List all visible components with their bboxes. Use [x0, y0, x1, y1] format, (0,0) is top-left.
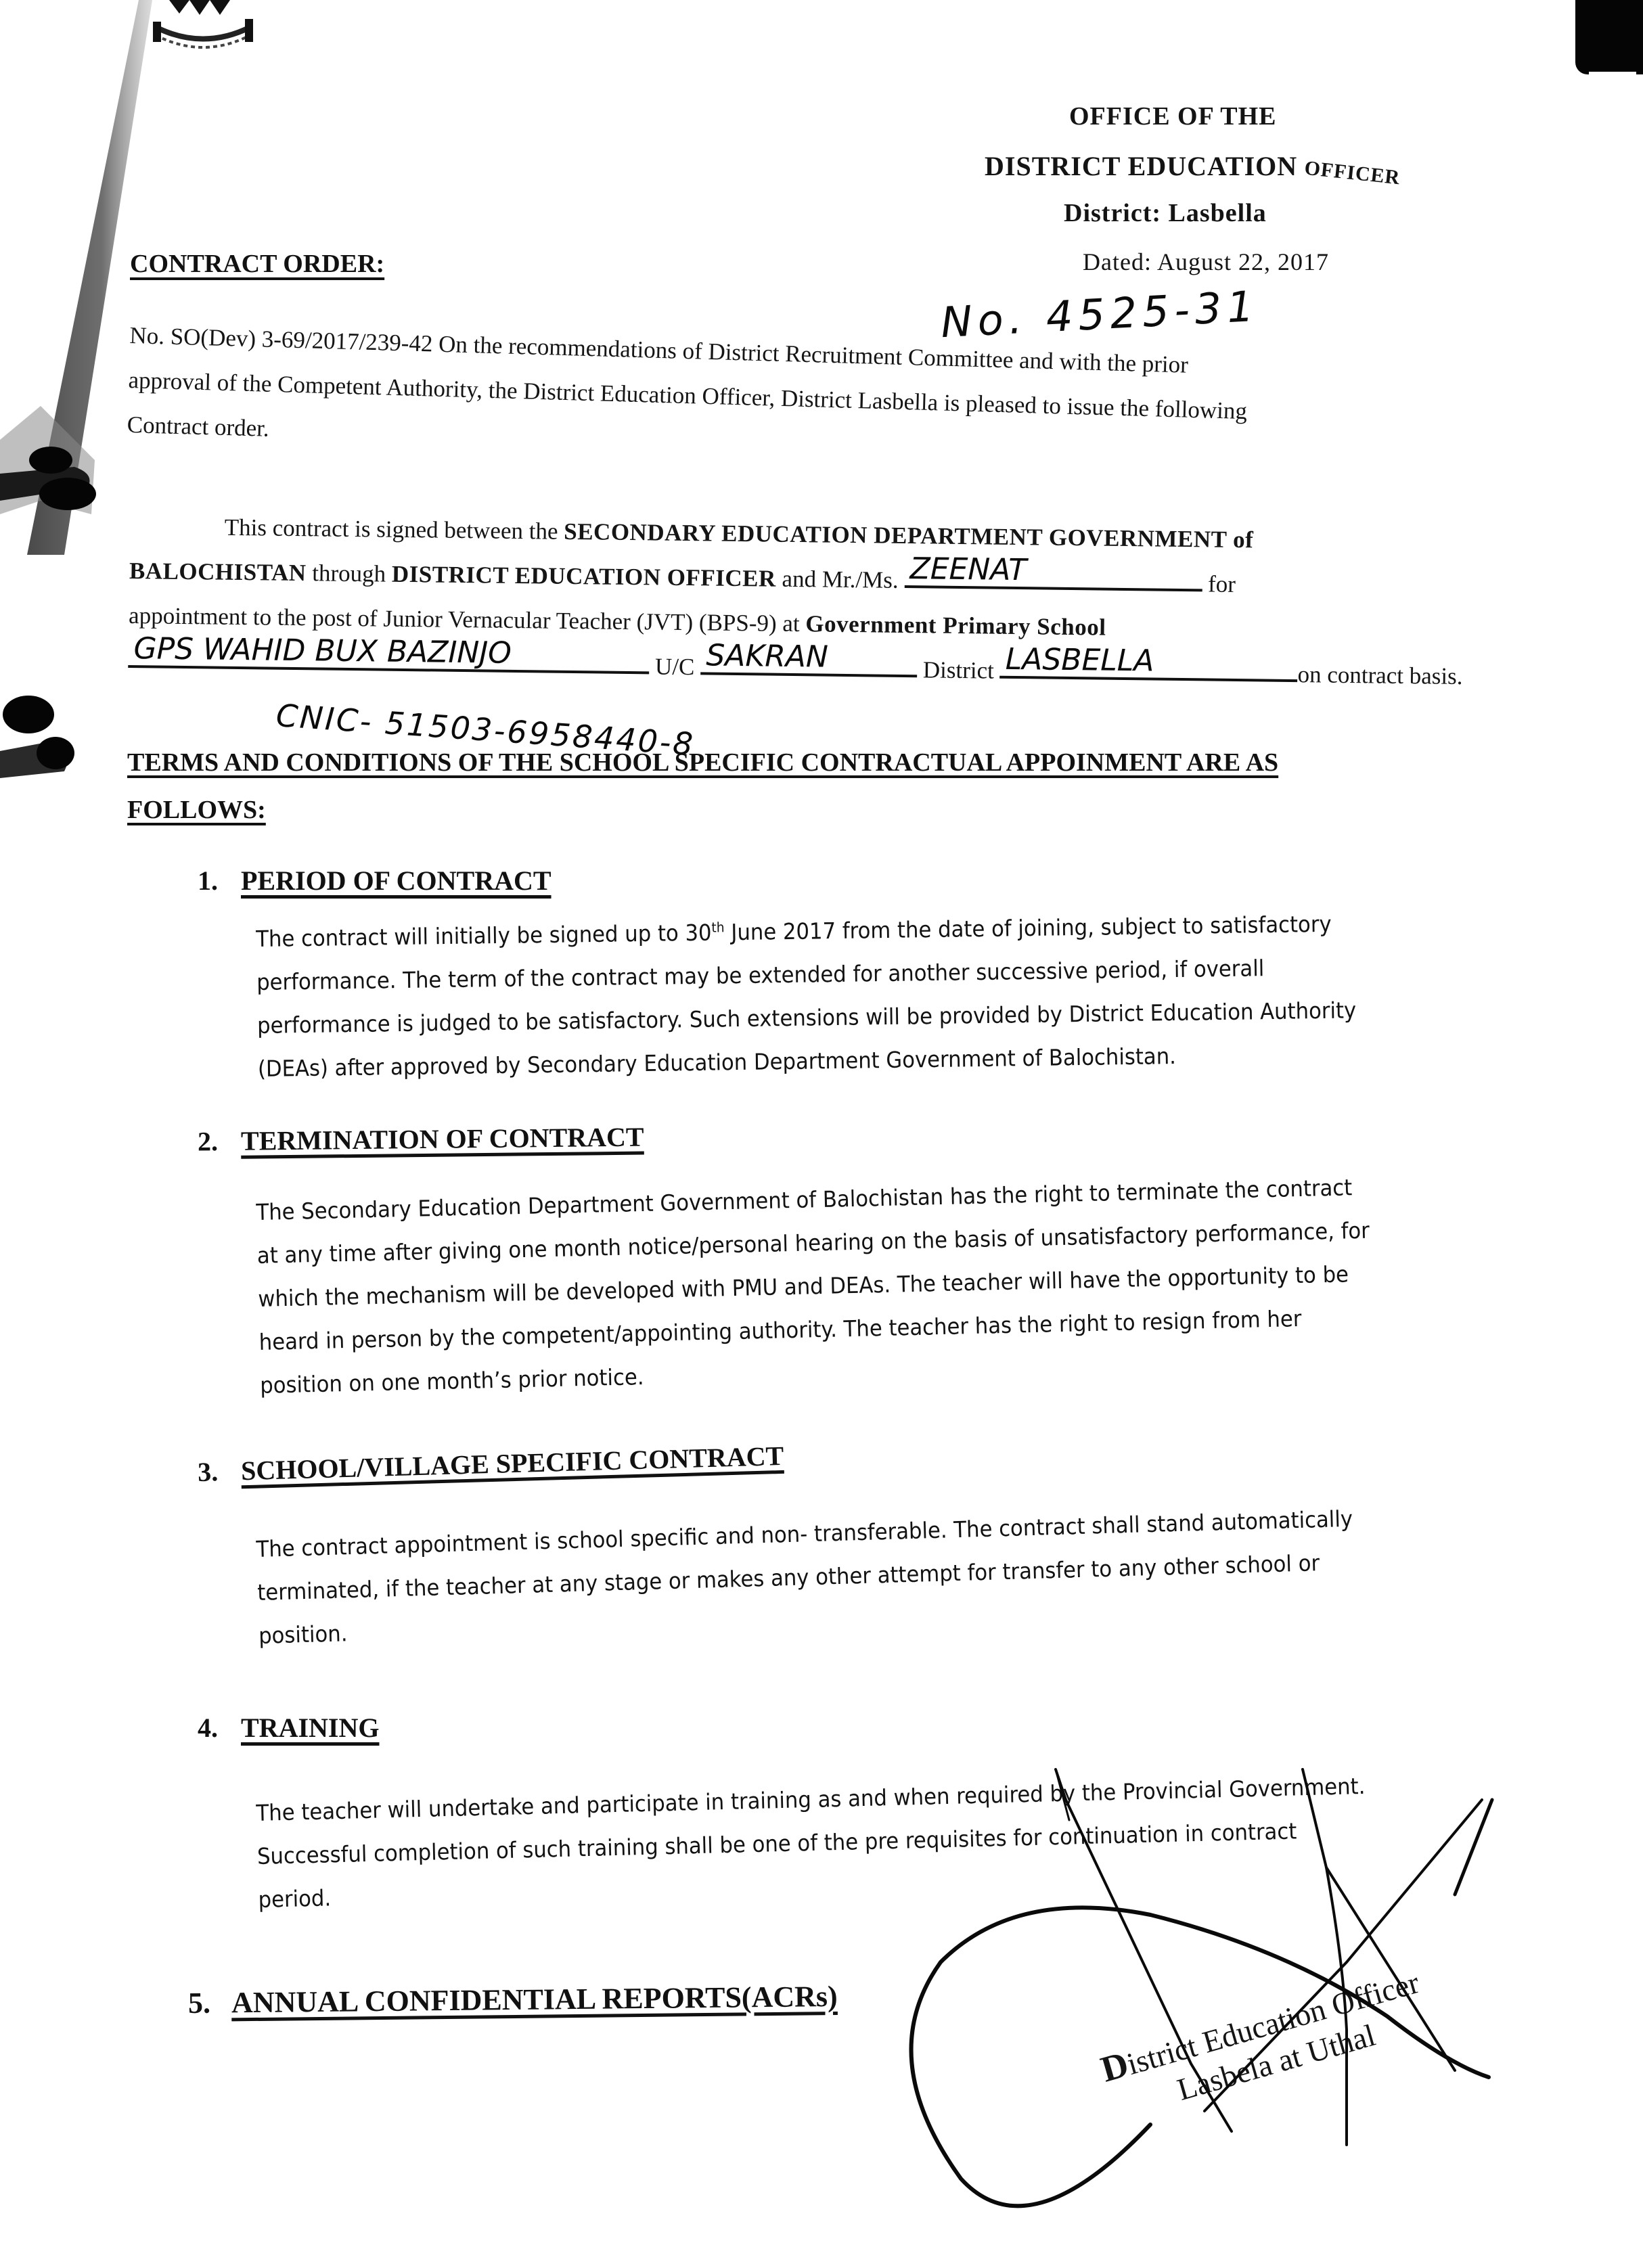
school-field[interactable]: GPS WAHID BUX BAZINJO — [128, 665, 649, 674]
name-field[interactable]: ZEENAT — [904, 585, 1202, 591]
deo-heading-tail: OFFICER — [1303, 157, 1401, 190]
school-field-value: GPS WAHID BUX BAZINJO — [133, 634, 512, 668]
section-3-heading: 3.SCHOOL/VILLAGE SPECIFIC CONTRACT — [198, 1440, 784, 1488]
name-field-value: ZEENAT — [909, 554, 1027, 585]
section-4-body: The teacher will undertake and participa… — [256, 1773, 1368, 1930]
deo-heading: DISTRICT EDUCATION OFFICER — [985, 150, 1401, 182]
ordinal-suffix: th — [711, 919, 724, 935]
contract-order-label: CONTRACT ORDER: — [130, 249, 384, 279]
handwritten-order-number: No. 4525-31 — [939, 281, 1260, 348]
scan-corner-shadow — [1575, 0, 1643, 74]
section-1-body: The contract will initially be signed up… — [256, 910, 1357, 1099]
intro-paragraph: No. SO(Dev) 3-69/2017/239-42 On the reco… — [126, 323, 1248, 489]
deo-heading-main: DISTRICT EDUCATION — [985, 151, 1305, 181]
section-1-heading: 1.PERIOD OF CONTRACT — [198, 865, 552, 897]
section-2-heading: 2.TERMINATION OF CONTRACT — [198, 1121, 644, 1158]
district-field[interactable]: LASBELLA — [999, 676, 1297, 682]
officer-stamp: District Education Officer Lasbela at Ut… — [1096, 1959, 1434, 2126]
district-heading: District: Lasbella — [1064, 198, 1267, 228]
office-heading: OFFICE OF THE — [1069, 101, 1276, 131]
section-2-body: The Secondary Education Department Gover… — [256, 1174, 1373, 1415]
scanned-contract-page: OFFICE OF THE DISTRICT EDUCATION OFFICER… — [0, 0, 1643, 2268]
section-4-heading: 4.TRAINING — [198, 1712, 379, 1744]
terms-heading-line-1: TERMS AND CONDITIONS OF THE SCHOOL SPECI… — [127, 748, 1278, 777]
date-line: Dated: August 22, 2017 — [1083, 248, 1329, 276]
terms-heading: TERMS AND CONDITIONS OF THE SCHOOL SPECI… — [127, 739, 1278, 834]
section-3-body: The contract appointment is school speci… — [256, 1505, 1356, 1666]
government-crest-icon — [149, 0, 257, 61]
union-council-field-value: SAKRAN — [706, 641, 828, 672]
district-field-value: LASBELLA — [1006, 645, 1154, 677]
section-5-heading: 5.ANNUAL CONFIDENTIAL REPORTS(ACRs) — [188, 1979, 838, 2020]
terms-heading-line-2: FOLLOWS: — [127, 796, 266, 824]
union-council-field[interactable]: SAKRAN — [700, 672, 917, 677]
agreement-paragraph: This contract is signed between the SECO… — [128, 514, 1464, 709]
